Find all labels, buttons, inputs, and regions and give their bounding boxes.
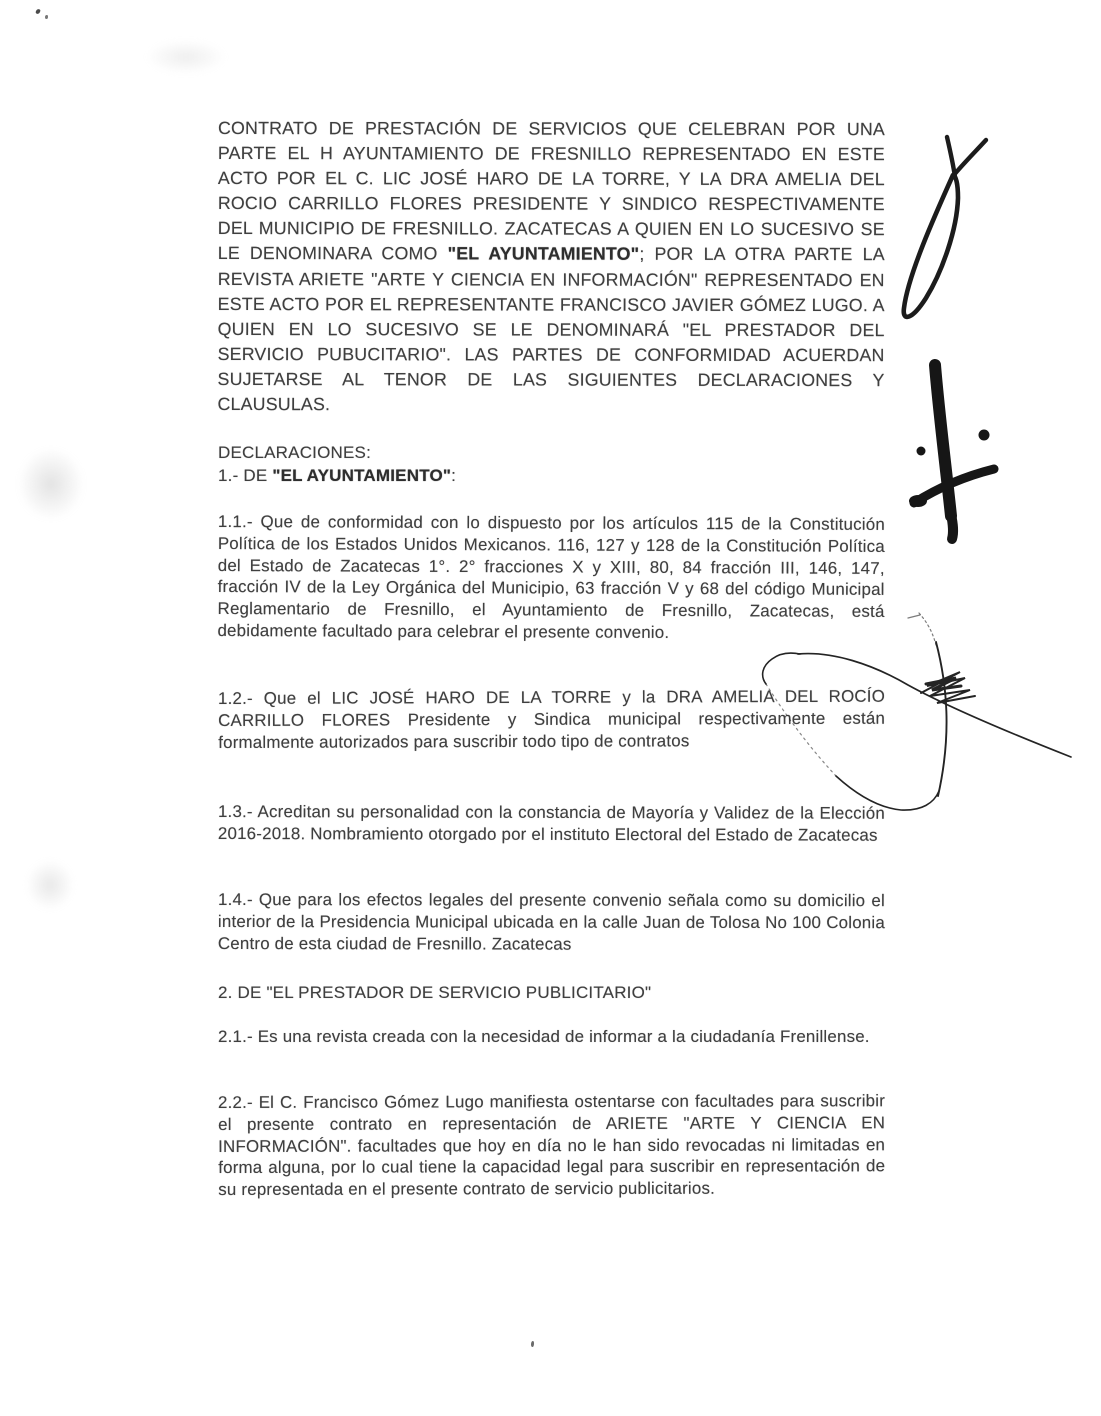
section1-heading: 1.- DE "EL AYUNTAMIENTO": xyxy=(218,464,885,487)
ink-speck xyxy=(35,8,41,14)
cross-bottom-tail xyxy=(951,514,953,539)
opening-paragraph-part3: ; POR LA OTRA PARTE LA REVISTA ARIETE "A… xyxy=(217,244,884,414)
ink-speck xyxy=(45,15,48,19)
scan-smudge xyxy=(18,448,84,520)
handwritten-bold-cross-with-dots-icon xyxy=(909,365,994,539)
section1-heading-prefix: 1.- DE xyxy=(218,466,272,485)
scan-smudge xyxy=(26,860,74,910)
ink-dot-right xyxy=(979,430,990,441)
clause-1-4: 1.4.- Que para los efectos legales del p… xyxy=(218,889,885,956)
signature-zigzag-scribble xyxy=(921,672,975,703)
flourish-left-branch xyxy=(947,137,955,177)
flourish-loop-stroke xyxy=(904,175,958,317)
cross-horizontal-stroke xyxy=(914,469,994,503)
scan-smudge xyxy=(146,40,226,74)
signature-top-dash xyxy=(908,615,920,618)
declaraciones-heading: DECLARACIONES: xyxy=(218,441,885,464)
clause-2-2: 2.2.- El C. Francisco Gómez Lugo manifie… xyxy=(218,1090,885,1201)
signature-zigzag-scribble-dense xyxy=(926,678,961,690)
opening-paragraph-bold-el-ayuntamiento: "EL AYUNTAMIENTO" xyxy=(448,244,640,264)
clause-1-2: 1.2.- Que el LIC JOSÉ HARO DE LA TORRE y… xyxy=(218,686,885,754)
clause-1-1: 1.1.- Que de conformidad con lo dispuest… xyxy=(217,511,885,645)
clause-1-3: 1.3.- Acreditan su personalidad con la c… xyxy=(218,801,885,846)
section2-heading: 2. DE "EL PRESTADOR DE SERVICIO PUBLICIT… xyxy=(218,981,885,1004)
scanned-contract-page: CONTRATO DE PRESTACIÓN DE SERVICIOS QUE … xyxy=(0,0,1101,1416)
cross-vertical-stroke xyxy=(935,365,951,516)
contract-text-column: CONTRATO DE PRESTACIÓN DE SERVICIOS QUE … xyxy=(218,0,885,1416)
section1-heading-suffix: : xyxy=(451,466,456,485)
clause-2-1: 2.1.- Es una revista creada con la neces… xyxy=(218,1026,885,1048)
flourish-right-branch xyxy=(953,140,986,176)
opening-paragraph-part1: CONTRATO DE PRESTACIÓN DE SERVICIOS QUE … xyxy=(218,118,885,264)
handwritten-loop-flourish-icon xyxy=(904,137,986,317)
signature-vertical-tail-faint xyxy=(919,613,936,645)
opening-paragraph: CONTRATO DE PRESTACIÓN DE SERVICIOS QUE … xyxy=(217,116,885,418)
ink-dot-left xyxy=(917,447,926,456)
signature-vertical-stroke xyxy=(936,642,947,796)
section1-heading-bold: "EL AYUNTAMIENTO" xyxy=(272,466,451,485)
cross-left-blob xyxy=(909,495,927,507)
